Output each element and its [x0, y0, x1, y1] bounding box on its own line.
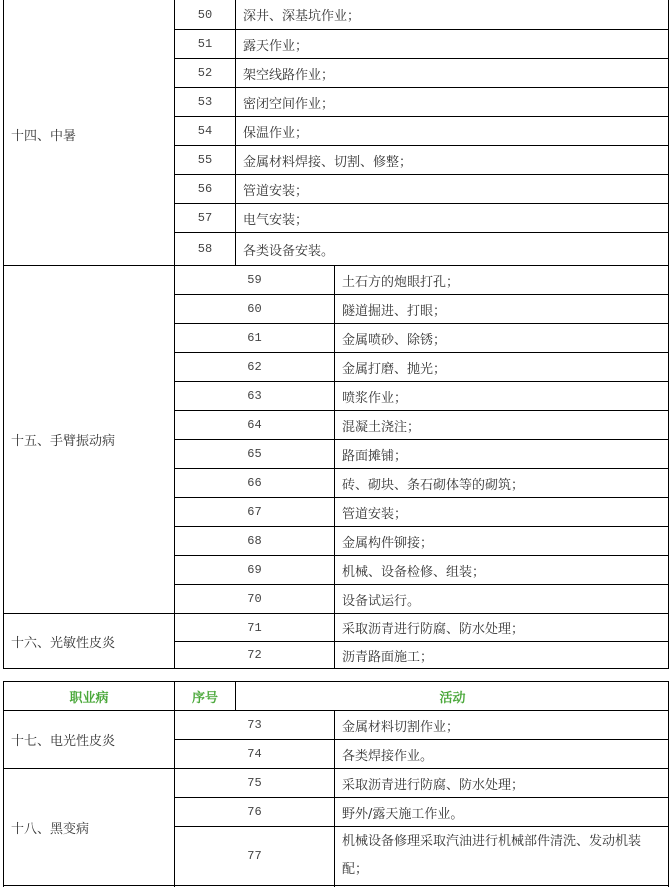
activity-cell: 露天作业； [235, 29, 669, 58]
disease-cell: 十八、黑变病 [4, 768, 174, 885]
seq-cell: 50 [174, 0, 235, 29]
seq-cell: 57 [174, 203, 235, 232]
activity-cell: 电气安装； [235, 203, 669, 232]
disease-cell: 十七、电光性皮炎 [4, 710, 174, 768]
activity-cell: 金属打磨、抛光； [334, 352, 669, 381]
disease-cell: 十六、光敏性皮炎 [4, 613, 174, 669]
activity-cell: 隧道掘进、打眼； [334, 294, 669, 323]
seq-cell: 76 [174, 797, 334, 826]
seq-cell: 60 [174, 294, 334, 323]
header-disease: 职业病 [4, 682, 174, 710]
activity-cell: 路面摊铺； [334, 439, 669, 468]
activity-cell: 管道安装； [235, 174, 669, 203]
activity-cell: 土石方的炮眼打孔； [334, 265, 669, 294]
activity-cell: 砖、砌块、条石砌体等的砌筑； [334, 468, 669, 497]
seq-cell: 71 [174, 613, 334, 641]
seq-cell: 53 [174, 87, 235, 116]
activity-cell: 沥青路面施工； [334, 641, 669, 668]
activity-cell: 金属材料切割作业； [334, 710, 669, 739]
seq-cell: 61 [174, 323, 334, 352]
disease-cell: 十五、手臂振动病 [4, 265, 174, 613]
activity-cell: 机械设备修理采取汽油进行机械部件清洗、发动机装配； [334, 826, 669, 885]
seq-cell: 74 [174, 739, 334, 768]
activity-cell: 管道安装； [334, 497, 669, 526]
seq-cell: 69 [174, 555, 334, 584]
seq-cell: 54 [174, 116, 235, 145]
seq-cell: 75 [174, 768, 334, 797]
activity-cell: 设备试运行。 [334, 584, 669, 613]
header-activity: 活动 [235, 682, 669, 710]
seq-cell: 67 [174, 497, 334, 526]
activity-cell: 混凝土浇注； [334, 410, 669, 439]
seq-cell: 52 [174, 58, 235, 87]
seq-cell: 70 [174, 584, 334, 613]
seq-cell: 66 [174, 468, 334, 497]
seq-cell: 51 [174, 29, 235, 58]
occupational-disease-table-2: 职业病 序号 活动 十七、电光性皮炎 73 金属材料切割作业； 74 各类焊接作… [3, 681, 669, 887]
seq-cell: 65 [174, 439, 334, 468]
activity-cell: 保温作业； [235, 116, 669, 145]
activity-cell: 金属构件铆接； [334, 526, 669, 555]
seq-cell: 58 [174, 232, 235, 265]
seq-cell: 59 [174, 265, 334, 294]
seq-cell: 62 [174, 352, 334, 381]
seq-cell: 63 [174, 381, 334, 410]
seq-cell: 68 [174, 526, 334, 555]
activity-cell: 喷浆作业； [334, 381, 669, 410]
seq-cell: 64 [174, 410, 334, 439]
seq-cell: 56 [174, 174, 235, 203]
activity-cell: 各类设备安装。 [235, 232, 669, 265]
seq-cell: 55 [174, 145, 235, 174]
activity-cell: 野外/露天施工作业。 [334, 797, 669, 826]
header-seq: 序号 [174, 682, 235, 710]
seq-cell: 72 [174, 641, 334, 668]
activity-cell: 架空线路作业； [235, 58, 669, 87]
seq-cell: 77 [174, 826, 334, 885]
occupational-disease-table-1: 十四、中暑 50 深井、深基坑作业； 51 露天作业； 52 架空线路作业； 5… [3, 0, 669, 669]
activity-cell: 密闭空间作业； [235, 87, 669, 116]
activity-cell: 机械、设备检修、组装； [334, 555, 669, 584]
activity-cell: 采取沥青进行防腐、防水处理； [334, 613, 669, 641]
activity-cell: 采取沥青进行防腐、防水处理； [334, 768, 669, 797]
activity-cell: 深井、深基坑作业； [235, 0, 669, 29]
seq-cell: 73 [174, 710, 334, 739]
activity-cell: 金属喷砂、除锈； [334, 323, 669, 352]
activity-cell: 各类焊接作业。 [334, 739, 669, 768]
disease-cell: 十四、中暑 [4, 0, 174, 265]
activity-cell: 金属材料焊接、切割、修整； [235, 145, 669, 174]
